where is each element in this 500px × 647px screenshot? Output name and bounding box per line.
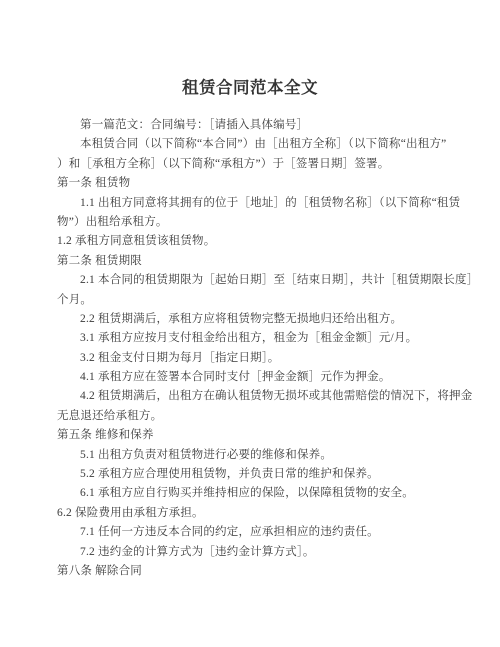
text-line: 第八条 解除合同 (57, 562, 457, 581)
text-line: 7.2 违约金的计算方式为［违约金计算方式］。 (57, 543, 457, 562)
text-line: 第二条 租赁期限 (57, 252, 457, 271)
contract-document-page: 租赁合同范本全文 第一篇范文：合同编号：［请插入具体编号］本租赁合同（以下简称“… (0, 0, 500, 647)
text-line: ）和［承租方全称］（以下简称“承租方”）于［签署日期］签署。 (57, 155, 457, 174)
text-line: 第五条 维修和保养 (57, 426, 457, 445)
text-line: 个月。 (57, 291, 457, 310)
text-line: 2.1 本合同的租赁期限为［起始日期］至［结束日期］，共计［租赁期限长度］ (57, 271, 457, 290)
text-line: 物”）出租给承租方。 (57, 213, 457, 232)
text-line: 3.1 承租方应按月支付租金给出租方，租金为［租金金额］元/月。 (57, 329, 457, 348)
text-line: 第一篇范文：合同编号：［请插入具体编号］ (57, 116, 457, 135)
text-line: 1.2 承租方同意租赁该租赁物。 (57, 232, 457, 251)
text-line: 4.2 租赁期满后，出租方在确认租赁物无损坏或其他需赔偿的情况下，将押金 (57, 387, 457, 406)
text-line: 5.2 承租方应合理使用租赁物，并负责日常的维护和保养。 (57, 465, 457, 484)
document-body: 第一篇范文：合同编号：［请插入具体编号］本租赁合同（以下简称“本合同”）由［出租… (57, 116, 457, 581)
text-line: 1.1 出租方同意将其拥有的位于［地址］的［租赁物名称］（以下简称“租赁 (57, 194, 457, 213)
text-line: 6.1 承租方应自行购买并维持相应的保险，以保障租赁物的安全。 (57, 484, 457, 503)
text-line: 无息退还给承租方。 (57, 407, 457, 426)
text-line: 5.1 出租方负责对租赁物进行必要的维修和保养。 (57, 446, 457, 465)
text-line: 3.2 租金支付日期为每月［指定日期］。 (57, 349, 457, 368)
text-line: 4.1 承租方应在签署本合同时支付［押金金额］元作为押金。 (57, 368, 457, 387)
text-line: 第一条 租赁物 (57, 174, 457, 193)
text-line: 7.1 任何一方违反本合同的约定，应承担相应的违约责任。 (57, 523, 457, 542)
text-line: 2.2 租赁期满后，承租方应将租赁物完整无损地归还给出租方。 (57, 310, 457, 329)
text-line: 6.2 保险费用由承租方承担。 (57, 504, 457, 523)
document-title: 租赁合同范本全文 (0, 74, 500, 98)
text-line: 本租赁合同（以下简称“本合同”）由［出租方全称］（以下简称“出租方” (57, 135, 457, 154)
